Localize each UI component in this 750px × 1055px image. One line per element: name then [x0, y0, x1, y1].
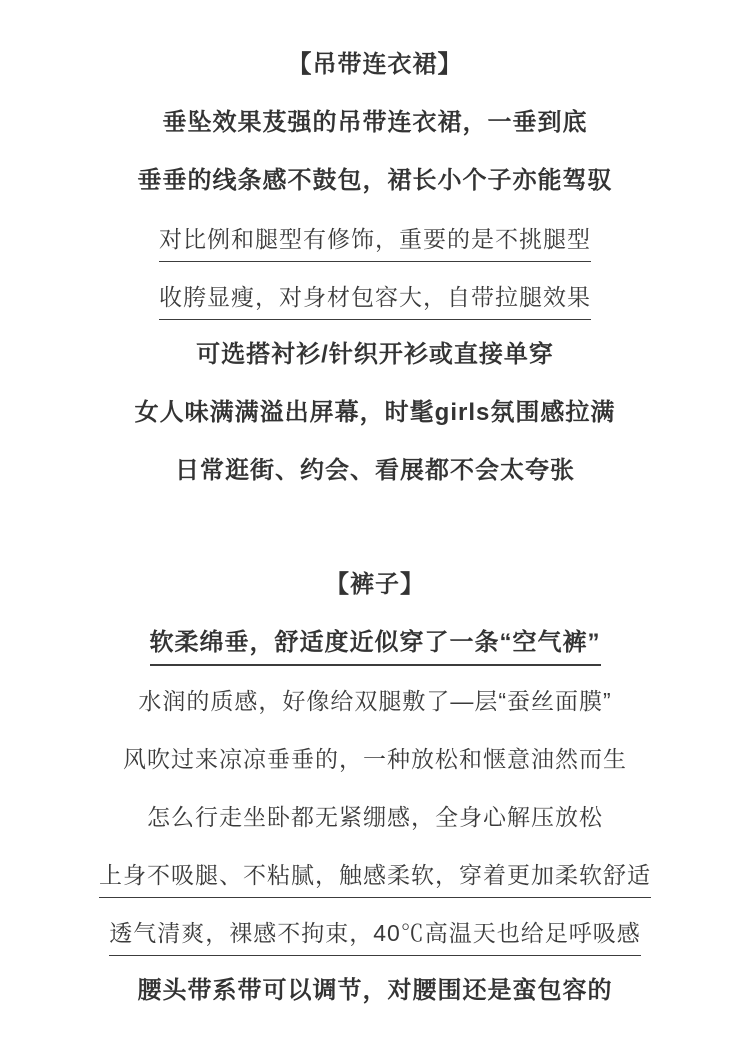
text-line-text: 收胯显瘦，对身材包容大，自带拉腿效果 — [159, 282, 591, 320]
text-line-text: 腰头带系带可以调节，对腰围还是蛮包容的 — [138, 976, 613, 1006]
text-line: 女人味满满溢出屏幕，时髦girls氛围感拉满 — [0, 398, 750, 428]
text-line: 可选搭衬衫/针织开衫或直接单穿 — [0, 340, 750, 370]
text-line-text: 风吹过来凉凉垂垂的，一种放松和惬意油然而生 — [123, 744, 627, 774]
text-line-underlined: 透气清爽，裸感不拘束，40℃高温天也给足呼吸感 — [0, 918, 750, 956]
text-line-text: 怎么行走坐卧都无紧绷感，全身心解压放松 — [147, 802, 603, 832]
text-line-underlined: 收胯显瘦，对身材包容大，自带拉腿效果 — [0, 282, 750, 320]
text-line: 风吹过来凉凉垂垂的，一种放松和惬意油然而生 — [0, 744, 750, 774]
section-title-dress: 【吊带连衣裙】 — [0, 50, 750, 80]
text-line-text: 水润的质感，好像给双腿敷了—层“蚕丝面膜” — [138, 686, 611, 716]
section-title-pants: 【裤子】 — [0, 570, 750, 600]
text-line-text: 日常逛街、约会、看展都不会太夸张 — [175, 456, 575, 486]
text-line-underlined: 上身不吸腿、不粘腻，触感柔软，穿着更加柔软舒适 — [0, 860, 750, 898]
text-line-text: 垂坠效果芨强的吊带连衣裙，一垂到底 — [163, 108, 588, 138]
text-line: 日常逛街、约会、看展都不会太夸张 — [0, 456, 750, 486]
text-line-text: 垂垂的线条感不鼓包，裙长小个子亦能驾驭 — [138, 166, 613, 196]
text-line-text: 可选搭衬衫/针织开衫或直接单穿 — [196, 340, 554, 370]
text-line: 垂坠效果芨强的吊带连衣裙，一垂到底 — [0, 108, 750, 138]
text-line-text: 软柔绵垂，舒适度近似穿了一条“空气裤” — [150, 628, 601, 666]
text-line-text: 女人味满满溢出屏幕，时髦girls氛围感拉满 — [135, 398, 616, 428]
text-line-underlined: 对比例和腿型有修饰，重要的是不挑腿型 — [0, 224, 750, 262]
text-line-text: 对比例和腿型有修饰，重要的是不挑腿型 — [159, 224, 591, 262]
text-line-text: 上身不吸腿、不粘腻，触感柔软，穿着更加柔软舒适 — [99, 860, 651, 898]
text-line: 怎么行走坐卧都无紧绷感，全身心解压放松 — [0, 802, 750, 832]
text-line: 腰头带系带可以调节，对腰围还是蛮包容的 — [0, 976, 750, 1006]
text-line-underlined: 软柔绵垂，舒适度近似穿了一条“空气裤” — [0, 628, 750, 666]
text-line: 垂垂的线条感不鼓包，裙长小个子亦能驾驭 — [0, 166, 750, 196]
text-line-text: 透气清爽，裸感不拘束，40℃高温天也给足呼吸感 — [109, 918, 641, 956]
text-line: 水润的质感，好像给双腿敷了—层“蚕丝面膜” — [0, 686, 750, 716]
product-description-article: 【吊带连衣裙】 垂坠效果芨强的吊带连衣裙，一垂到底 垂垂的线条感不鼓包，裙长小个… — [0, 0, 750, 1006]
